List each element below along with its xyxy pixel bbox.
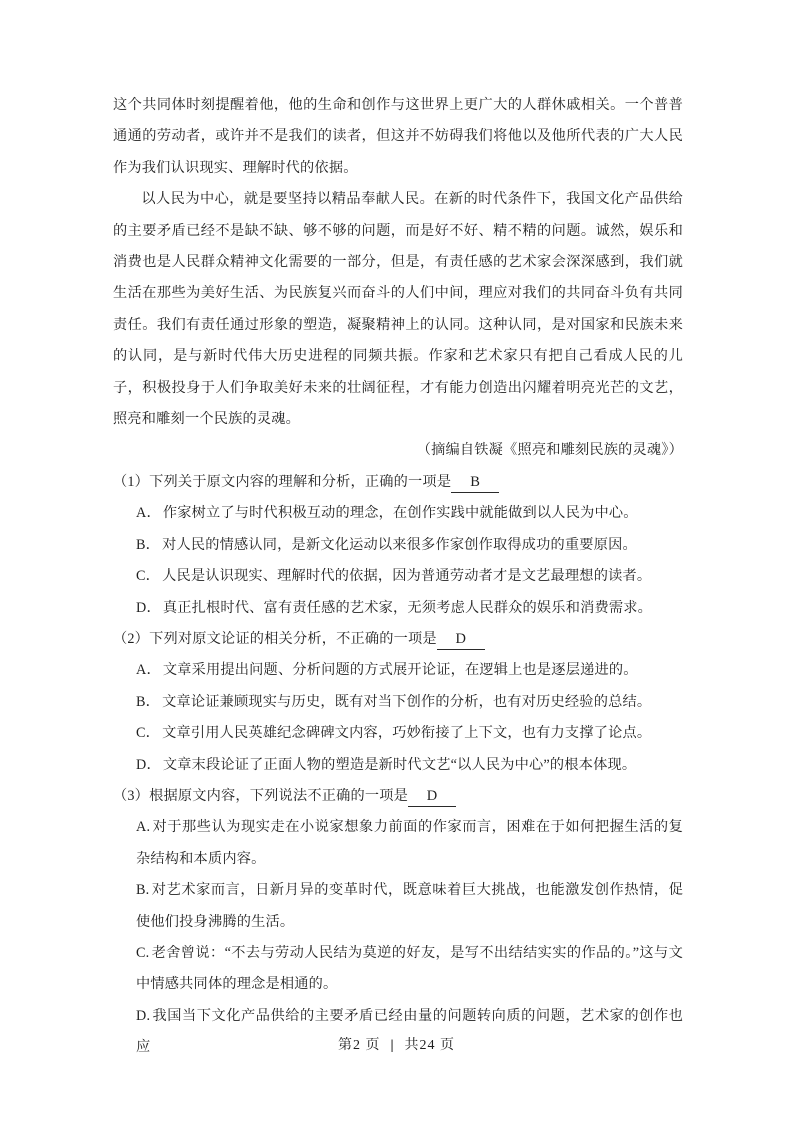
question-2-option-a: A．文章采用提出问题、分析问题的方式展开论证，在逻辑上也是逐层递进的。: [113, 655, 683, 686]
question-3-stem-text: （3）根据原文内容，下列说法不正确的一项是: [113, 788, 408, 804]
question-3-option-b: B.对艺术家而言，日新月异的变革时代，既意味着巨大挑战，也能激发创作热情，促使他…: [113, 875, 683, 938]
option-label: D．: [136, 757, 161, 773]
option-label: A．: [136, 662, 161, 678]
option-text: 对于那些认为现实走在小说家想象力前面的作家而言，困难在于如何把握生活的复杂结构和…: [136, 819, 683, 866]
option-label: C．: [136, 725, 160, 741]
question-1-answer-blank: B: [451, 472, 499, 493]
question-3: （3）根据原文内容，下列说法不正确的一项是D A.对于那些认为现实走在小说家想象…: [113, 781, 683, 1064]
option-label: B．: [136, 537, 160, 553]
option-label: C.: [136, 945, 149, 961]
question-1-option-b: B．对人民的情感认同，是新文化运动以来很多作家创作取得成功的重要原因。: [113, 530, 683, 561]
option-label: D.: [136, 1008, 150, 1024]
question-2-option-b: B．文章论证兼顾现实与历史，既有对当下创作的分析，也有对历史经验的总结。: [113, 687, 683, 718]
question-1-option-c: C．人民是认识现实、理解时代的依据，因为普通劳动者才是文艺最理想的读者。: [113, 561, 683, 592]
option-text: 对人民的情感认同，是新文化运动以来很多作家创作取得成功的重要原因。: [162, 537, 637, 553]
question-1-stem: （1）下列关于原文内容的理解和分析，正确的一项是B: [113, 467, 683, 498]
total-pages: 共24 页: [405, 1038, 456, 1053]
option-text: 文章引用人民英雄纪念碑碑文内容，巧妙衔接了上下文，也有力支撑了论点。: [162, 725, 651, 741]
question-3-option-a: A.对于那些认为现实走在小说家想象力前面的作家而言，困难在于如何把握生活的复杂结…: [113, 812, 683, 875]
exam-document-page: 这个共同体时刻提醒着他，他的生命和创作与这世界上更广大的人群休戚相关。一个普普通…: [0, 0, 793, 1122]
passage-paragraph-1: 这个共同体时刻提醒着他，他的生命和创作与这世界上更广大的人群休戚相关。一个普普通…: [113, 90, 683, 184]
option-text: 文章末段论证了正面人物的塑造是新时代文艺“以人民为中心”的根本体现。: [163, 757, 636, 773]
question-1-option-d: D．真正扎根时代、富有责任感的艺术家，无须考虑人民群众的娱乐和消费需求。: [113, 593, 683, 624]
option-text: 文章论证兼顾现实与历史，既有对当下创作的分析，也有对历史经验的总结。: [162, 694, 651, 710]
page-content: 这个共同体时刻提醒着他，他的生命和创作与这世界上更广大的人群休戚相关。一个普普通…: [113, 90, 683, 1064]
page-number: 第2 页: [338, 1038, 381, 1053]
question-3-stem: （3）根据原文内容，下列说法不正确的一项是D: [113, 781, 683, 812]
question-2-stem: （2）下列对原文论证的相关分析，不正确的一项是D: [113, 624, 683, 655]
page-footer: 第2 页|共24 页: [0, 1032, 793, 1060]
option-text: 对艺术家而言，日新月异的变革时代，既意味着巨大挑战，也能激发创作热情，促使他们投…: [136, 882, 683, 929]
option-label: B．: [136, 694, 160, 710]
source-attribution: （摘编自铁凝《照亮和雕刻民族的灵魂》）: [113, 435, 683, 466]
option-text: 作家树立了与时代积极互动的理念，在创作实践中就能做到以人民为中心。: [163, 505, 638, 521]
option-label: A.: [136, 819, 150, 835]
option-label: D．: [136, 600, 161, 616]
question-2-option-d: D．文章末段论证了正面人物的塑造是新时代文艺“以人民为中心”的根本体现。: [113, 750, 683, 781]
option-label: A．: [136, 505, 161, 521]
question-1-stem-text: （1）下列关于原文内容的理解和分析，正确的一项是: [113, 474, 451, 490]
option-label: B.: [136, 882, 149, 898]
question-3-option-c: C.老舍曾说：“不去与劳动人民结为莫逆的好友，是写不出结结实实的作品的。”这与文…: [113, 938, 683, 1001]
option-label: C．: [136, 568, 160, 584]
question-1-option-a: A．作家树立了与时代积极互动的理念，在创作实践中就能做到以人民为中心。: [113, 498, 683, 529]
question-1: （1）下列关于原文内容的理解和分析，正确的一项是B A．作家树立了与时代积极互动…: [113, 467, 683, 624]
question-2-option-c: C．文章引用人民英雄纪念碑碑文内容，巧妙衔接了上下文，也有力支撑了论点。: [113, 718, 683, 749]
question-2: （2）下列对原文论证的相关分析，不正确的一项是D A．文章采用提出问题、分析问题…: [113, 624, 683, 781]
option-text: 老舍曾说：“不去与劳动人民结为莫逆的好友，是写不出结结实实的作品的。”这与文中情…: [136, 945, 683, 992]
option-text: 文章采用提出问题、分析问题的方式展开论证，在逻辑上也是逐层递进的。: [163, 662, 638, 678]
question-2-answer-blank: D: [437, 629, 485, 650]
passage-paragraph-2: 以人民为中心，就是要坚持以精品奉献人民。在新的时代条件下，我国文化产品供给的主要…: [113, 184, 683, 435]
page-separator: |: [390, 1038, 394, 1053]
question-3-answer-blank: D: [408, 786, 456, 807]
option-text: 真正扎根时代、富有责任感的艺术家，无须考虑人民群众的娱乐和消费需求。: [163, 600, 652, 616]
option-text: 人民是认识现实、理解时代的依据，因为普通劳动者才是文艺最理想的读者。: [162, 568, 651, 584]
question-2-stem-text: （2）下列对原文论证的相关分析，不正确的一项是: [113, 631, 437, 647]
